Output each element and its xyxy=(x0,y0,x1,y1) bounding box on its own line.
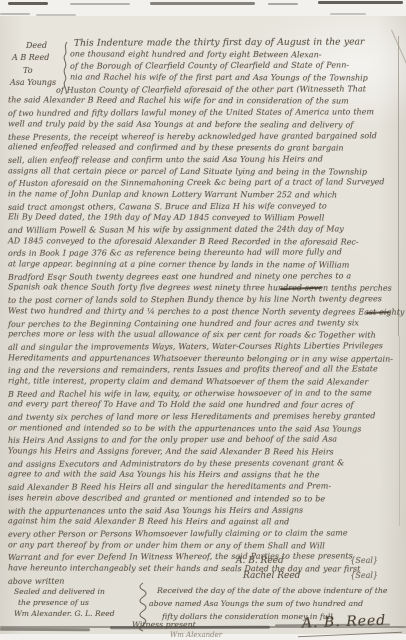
signature-row: Rachel Reed {Seal} xyxy=(243,571,378,586)
receipt-witness-line: Wm Alexander xyxy=(170,630,222,640)
witness-line: Sealed and delivered in xyxy=(14,587,115,598)
paper-background: DeedA B ReedToAsa Youngs This Indenture … xyxy=(0,16,406,634)
body-line: right, title interest, property claim an… xyxy=(8,375,402,388)
signature-row: A. B. Reed {Seal} xyxy=(236,556,378,571)
body-line: This Indenture made the thirty first day… xyxy=(74,36,402,49)
deed-body-text: This Indenture made the thirty first day… xyxy=(8,37,402,586)
scan-streak xyxy=(0,13,30,15)
body-line: all and singular the improvements Ways, … xyxy=(8,340,402,353)
body-line: sell, alien enfeoff release and confirm … xyxy=(8,153,402,166)
scan-streak xyxy=(330,13,366,15)
signature-flourish xyxy=(298,632,402,638)
seal-mark: {Seal} xyxy=(350,571,378,586)
witness-line: the presence of us xyxy=(18,598,115,609)
seal-mark: {Seal} xyxy=(350,556,378,571)
scan-streak xyxy=(318,1,403,4)
body-line: in the name of John Dunlap and known Lot… xyxy=(8,188,402,201)
receipt-line: above named Asa Youngs the sum of two hu… xyxy=(149,599,363,608)
scan-streak xyxy=(268,3,298,5)
body-line: West two hundred and thirty and ¼ perche… xyxy=(8,305,402,318)
body-line: ises herein above described and granted … xyxy=(8,492,402,505)
signatures-block: A. B. Reed {Seal} Rachel Reed {Seal} xyxy=(236,556,378,585)
body-line: nia and Rachel his wife of the first par… xyxy=(70,71,402,84)
receipt-signature: A. B. Reed xyxy=(302,613,387,632)
scan-streak xyxy=(70,3,130,5)
scan-streak xyxy=(8,2,48,5)
receipt-witness-block: Witness presentWm Alexander xyxy=(132,620,222,640)
scan-streak xyxy=(150,2,255,5)
deed-scan-page: DeedA B ReedToAsa Youngs This Indenture … xyxy=(0,0,406,640)
body-line: well and truly paid by the said Asa Youn… xyxy=(8,118,402,131)
bottom-smudge xyxy=(0,628,90,631)
receipt-line: Received the day of the date of the abov… xyxy=(157,586,387,595)
signature-name: Rachel Reed xyxy=(243,571,300,586)
body-line: every other Person or Persons Whomsoever… xyxy=(8,527,402,540)
witness-line: Wm Alexander. G. L. Reed xyxy=(14,609,115,620)
signature-name: A. B. Reed xyxy=(236,556,284,571)
witness-block: Sealed and delivered inthe presence of u… xyxy=(14,587,115,619)
